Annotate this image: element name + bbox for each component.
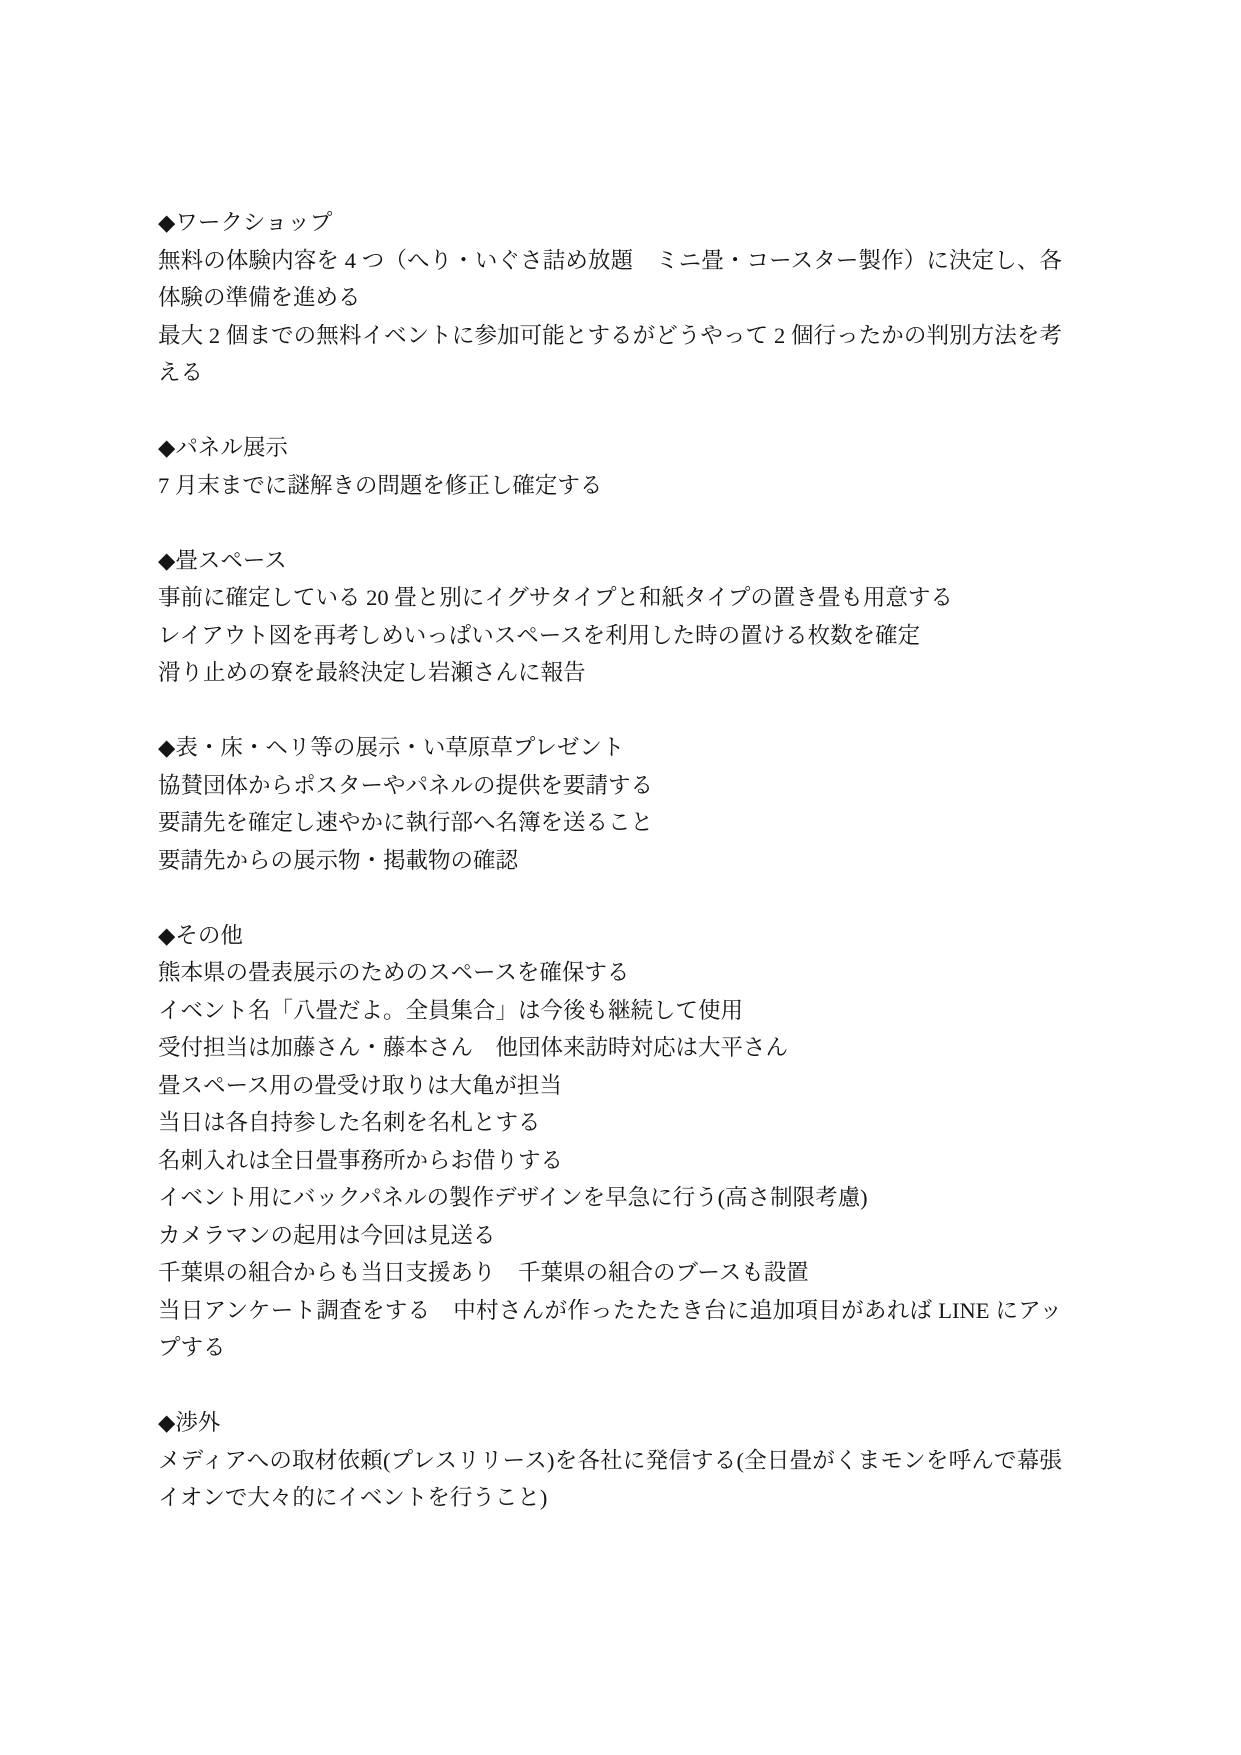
section: ◆その他 熊本県の畳表展示のためのスペースを確保する イベント名「八畳だよ。全員… xyxy=(158,917,1062,1367)
note-line: 協賛団体からポスターやパネルの提供を要請する xyxy=(158,767,1062,805)
diamond-bullet-icon: ◆ xyxy=(158,1410,175,1435)
note-line: 事前に確定している 20 畳と別にイグサタイプと和紙タイプの置き畳も用意する xyxy=(158,579,1062,617)
note-line: 要請先を確定し速やかに執行部へ名簿を送ること xyxy=(158,804,1062,842)
note-line: 受付担当は加藤さん・藤本さん 他団体来訪時対応は大平さん xyxy=(158,1029,1062,1067)
note-line: カメラマンの起用は今回は見送る xyxy=(158,1217,1062,1255)
section-items: 事前に確定している 20 畳と別にイグサタイプと和紙タイプの置き畳も用意する レ… xyxy=(158,579,1062,692)
diamond-bullet-icon: ◆ xyxy=(158,735,175,760)
section: ◆ワークショップ 無料の体験内容を 4 つ（へり・いぐさ詰め放題 ミニ畳・コース… xyxy=(158,204,1062,392)
note-line: 熊本県の畳表展示のためのスペースを確保する xyxy=(158,954,1062,992)
note-line: レイアウト図を再考しめいっぱいスペースを利用した時の置ける枚数を確定 xyxy=(158,617,1062,655)
diamond-bullet-icon: ◆ xyxy=(158,923,175,948)
note-line: イベント名「八畳だよ。全員集合」は今後も継続して使用 xyxy=(158,992,1062,1030)
note-line: 7 月末までに謎解きの問題を修正し確定する xyxy=(158,467,1062,505)
document-page: ◆ワークショップ 無料の体験内容を 4 つ（へり・いぐさ詰め放題 ミニ畳・コース… xyxy=(0,0,1241,1755)
section-heading: ◆その他 xyxy=(158,917,1062,955)
section-heading: ◆畳スペース xyxy=(158,542,1062,580)
section-items: 無料の体験内容を 4 つ（へり・いぐさ詰め放題 ミニ畳・コースター製作）に決定し… xyxy=(158,242,1062,392)
section-heading-text: その他 xyxy=(175,923,243,948)
section-heading: ◆表・床・ヘリ等の展示・い草原草プレゼント xyxy=(158,729,1062,767)
section-heading: ◆パネル展示 xyxy=(158,429,1062,467)
section-heading-text: パネル展示 xyxy=(175,435,288,460)
section-items: 熊本県の畳表展示のためのスペースを確保する イベント名「八畳だよ。全員集合」は今… xyxy=(158,954,1062,1367)
note-line: 当日は各自持参した名刺を名札とする xyxy=(158,1104,1062,1142)
note-line: 千葉県の組合からも当日支援あり 千葉県の組合のブースも設置 xyxy=(158,1254,1062,1292)
section-heading-text: 表・床・ヘリ等の展示・い草原草プレゼント xyxy=(175,735,624,760)
note-line: 要請先からの展示物・掲載物の確認 xyxy=(158,842,1062,880)
section-heading: ◆ワークショップ xyxy=(158,204,1062,242)
document-body: ◆ワークショップ 無料の体験内容を 4 つ（へり・いぐさ詰め放題 ミニ畳・コース… xyxy=(158,204,1062,1517)
section-items: 協賛団体からポスターやパネルの提供を要請する 要請先を確定し速やかに執行部へ名簿… xyxy=(158,767,1062,880)
note-line: 当日アンケート調査をする 中村さんが作ったたたき台に追加項目があれば LINE … xyxy=(158,1292,1062,1367)
diamond-bullet-icon: ◆ xyxy=(158,210,175,235)
section-heading-text: ワークショップ xyxy=(175,210,332,235)
diamond-bullet-icon: ◆ xyxy=(158,548,175,573)
note-line: 無料の体験内容を 4 つ（へり・いぐさ詰め放題 ミニ畳・コースター製作）に決定し… xyxy=(158,242,1062,317)
note-line: 名刺入れは全日畳事務所からお借りする xyxy=(158,1142,1062,1180)
section-heading-text: 畳スペース xyxy=(175,548,286,573)
section: ◆パネル展示 7 月末までに謎解きの問題を修正し確定する xyxy=(158,429,1062,504)
note-line: メディアへの取材依頼(プレスリリース)を各社に発信する(全日畳がくまモンを呼んで… xyxy=(158,1442,1062,1517)
note-line: 滑り止めの寮を最終決定し岩瀬さんに報告 xyxy=(158,654,1062,692)
section-items: 7 月末までに謎解きの問題を修正し確定する xyxy=(158,467,1062,505)
section: ◆表・床・ヘリ等の展示・い草原草プレゼント 協賛団体からポスターやパネルの提供を… xyxy=(158,729,1062,879)
section-items: メディアへの取材依頼(プレスリリース)を各社に発信する(全日畳がくまモンを呼んで… xyxy=(158,1442,1062,1517)
section-heading-text: 渉外 xyxy=(175,1410,220,1435)
note-line: 最大 2 個までの無料イベントに参加可能とするがどうやって 2 個行ったかの判別… xyxy=(158,317,1062,392)
section-heading: ◆渉外 xyxy=(158,1404,1062,1442)
note-line: 畳スペース用の畳受け取りは大亀が担当 xyxy=(158,1067,1062,1105)
section: ◆渉外 メディアへの取材依頼(プレスリリース)を各社に発信する(全日畳がくまモン… xyxy=(158,1404,1062,1517)
note-line: イベント用にバックパネルの製作デザインを早急に行う(高さ制限考慮) xyxy=(158,1179,1062,1217)
diamond-bullet-icon: ◆ xyxy=(158,435,175,460)
section: ◆畳スペース 事前に確定している 20 畳と別にイグサタイプと和紙タイプの置き畳… xyxy=(158,542,1062,692)
